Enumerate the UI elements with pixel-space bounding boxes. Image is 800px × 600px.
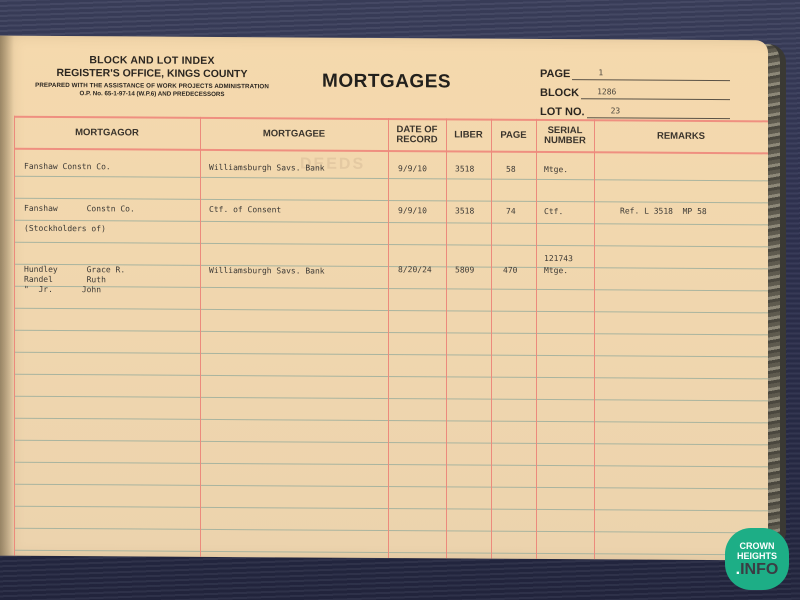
col-header-liber: LIBER — [446, 120, 491, 150]
index-header: BLOCK AND LOT INDEX REGISTER'S OFFICE, K… — [22, 54, 282, 99]
meta-page-value: 1 — [598, 68, 603, 77]
cell-page: 58 — [506, 164, 516, 175]
cell-liber: 5809 — [455, 264, 474, 275]
ledger-page: BLOCK AND LOT INDEX REGISTER'S OFFICE, K… — [0, 36, 768, 561]
cell-serial: Mtge. — [544, 265, 568, 276]
col-header-page: PAGE — [491, 121, 536, 151]
meta-lot: LOT NO. 23 — [540, 99, 730, 119]
cell-mortgagee: Ctf. of Consent — [209, 204, 281, 215]
logo-line-1: CROWN — [740, 541, 775, 551]
cell-date: 8/20/24 — [398, 264, 432, 275]
cell-liber: 3518 — [455, 163, 474, 174]
mortgage-ledger-table: MORTGAGOR MORTGAGEE DATE OF RECORD LIBER… — [14, 116, 768, 561]
crown-heights-info-logo: CROWN HEIGHTS .INFO — [725, 528, 789, 590]
col-header-serial: SERIAL NUMBER — [536, 121, 594, 151]
cell-date: 9/9/10 — [398, 163, 427, 174]
cell-mortgagee: Williamsburgh Savs. Bank — [209, 162, 325, 174]
col-header-date: DATE OF RECORD — [388, 120, 446, 150]
meta-block-value: 1286 — [597, 87, 616, 96]
col-header-mortgagor: MORTGAGOR — [14, 118, 200, 149]
meta-lot-label: LOT NO. — [540, 106, 585, 118]
col-header-mortgagee: MORTGAGEE — [200, 119, 388, 150]
cell-page: 74 — [506, 206, 516, 217]
cell-mortgagor-line2: (Stockholders of) — [24, 223, 106, 235]
header-line-1: BLOCK AND LOT INDEX — [22, 54, 282, 68]
meta-page: PAGE 1 — [540, 61, 730, 81]
cell-remarks: Ref. L 3518 MP 58 — [620, 205, 707, 217]
cell-serial: Ctf. — [544, 206, 563, 217]
header-line-2: REGISTER'S OFFICE, KINGS COUNTY — [22, 67, 282, 81]
cell-liber: 3518 — [455, 205, 474, 216]
header-line-4: O.P. No. 65-1-97-14 (W.P.6) AND PREDECES… — [22, 90, 282, 99]
logo-line-2: HEIGHTS — [737, 551, 777, 561]
page-title: MORTGAGES — [322, 71, 451, 94]
meta-block: BLOCK 1286 — [540, 80, 730, 100]
cell-serial-number: 121743 — [544, 253, 573, 264]
page-meta: PAGE 1 BLOCK 1286 LOT NO. 23 — [540, 61, 730, 119]
col-header-remarks: REMARKS — [594, 121, 768, 152]
meta-lot-value: 23 — [611, 106, 621, 115]
meta-page-label: PAGE — [540, 68, 570, 80]
cell-mortgagor-line3: " Jr. John — [24, 284, 101, 295]
cell-page: 470 — [503, 265, 517, 276]
cell-mortgagee: Williamsburgh Savs. Bank — [209, 265, 325, 277]
cell-serial: Mtge. — [544, 164, 568, 175]
cell-date: 9/9/10 — [398, 205, 427, 216]
logo-line-3: .INFO — [736, 561, 779, 578]
cell-mortgagor: Fanshaw Constn Co. — [24, 203, 135, 215]
cell-mortgagor: Fanshaw Constn Co. — [24, 161, 111, 173]
meta-block-label: BLOCK — [540, 87, 579, 99]
